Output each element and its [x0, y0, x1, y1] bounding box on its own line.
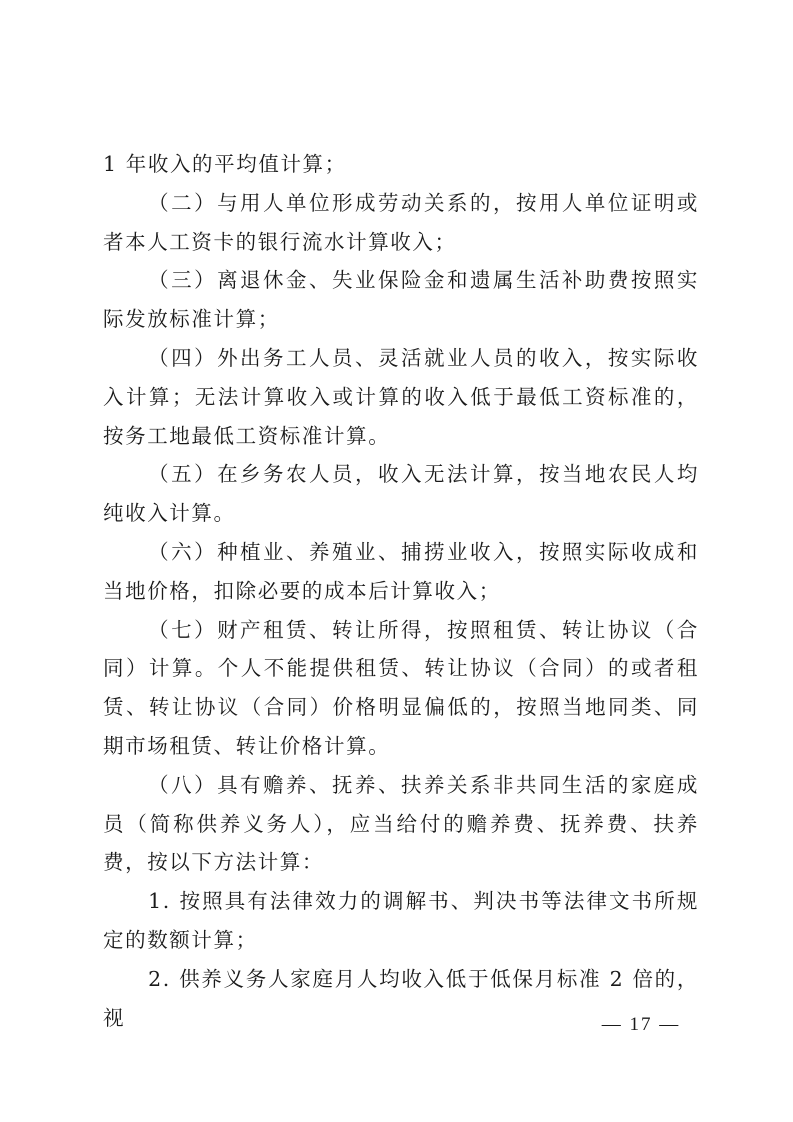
document-body: 1 年收入的平均值计算； （二）与用人单位形成劳动关系的，按用人单位证明或者本人…: [103, 145, 699, 1037]
page-number: — 17 —: [596, 1014, 686, 1036]
paragraph-item-6: （六）种植业、养殖业、捕捞业收入，按照实际收成和当地价格，扣除必要的成本后计算收…: [103, 533, 699, 611]
paragraph-item-7: （七）财产租赁、转让所得，按照租赁、转让协议（合同）计算。个人不能提供租赁、转让…: [103, 611, 699, 766]
paragraph-continuation: 1 年收入的平均值计算；: [103, 145, 699, 184]
paragraph-item-2: （二）与用人单位形成劳动关系的，按用人单位证明或者本人工资卡的银行流水计算收入；: [103, 184, 699, 262]
paragraph-item-8: （八）具有赡养、抚养、扶养关系非共同生活的家庭成员（简称供养义务人），应当给付的…: [103, 766, 699, 882]
document-page: 1 年收入的平均值计算； （二）与用人单位形成劳动关系的，按用人单位证明或者本人…: [0, 0, 793, 1122]
paragraph-subitem-1: 1. 按照具有法律效力的调解书、判决书等法律文书所规定的数额计算；: [103, 882, 699, 960]
paragraph-item-4: （四）外出务工人员、灵活就业人员的收入，按实际收入计算；无法计算收入或计算的收入…: [103, 339, 699, 455]
paragraph-item-5: （五）在乡务农人员，收入无法计算，按当地农民人均纯收入计算。: [103, 455, 699, 533]
paragraph-item-3: （三）离退休金、失业保险金和遗属生活补助费按照实际发放标准计算；: [103, 261, 699, 339]
